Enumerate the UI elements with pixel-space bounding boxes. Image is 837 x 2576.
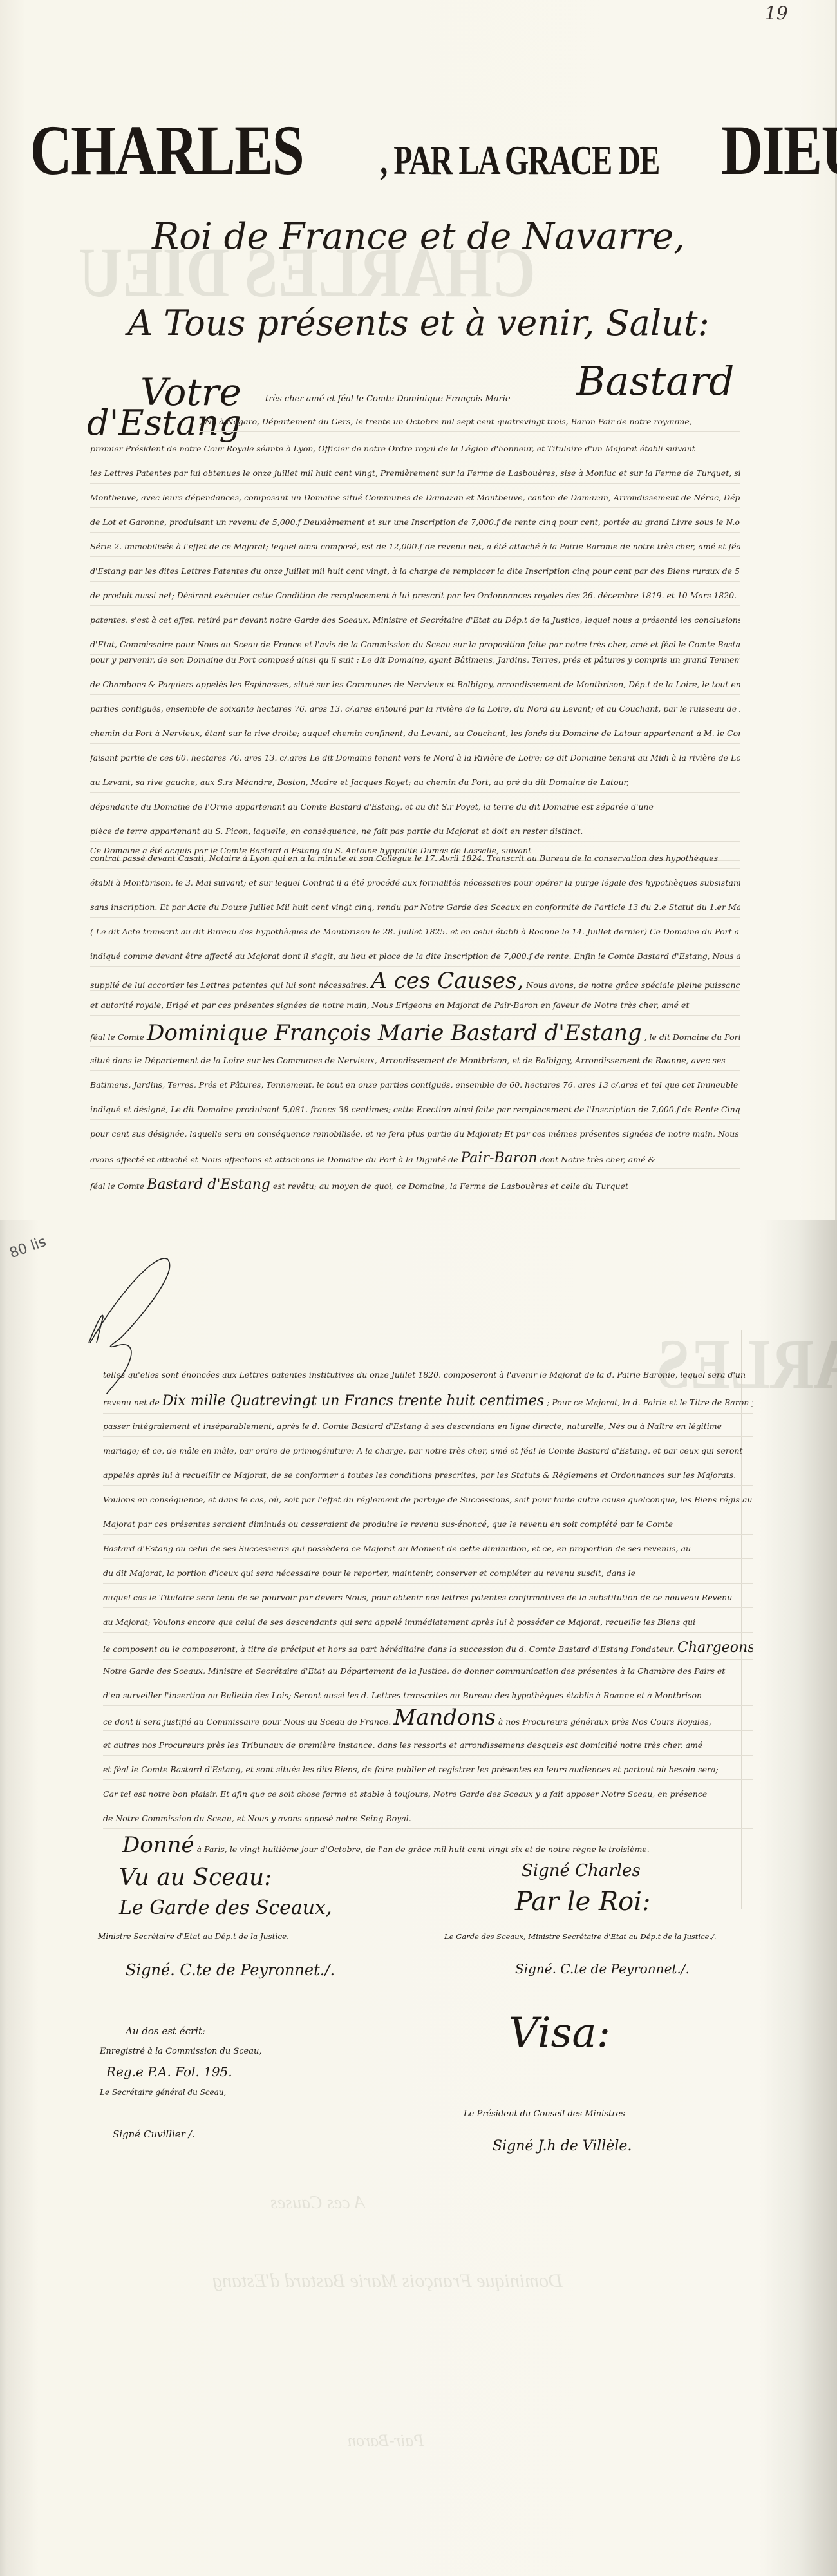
text-line: Voulons en conséquence, et dans le cas, … [103, 1490, 753, 1510]
text-line: sans inscription. Et par Acte du Douze J… [90, 898, 740, 918]
text-segment: le composent ou le composeront, à titre … [103, 1644, 675, 1654]
registre-folio: Reg.e P.A. Fol. 195. [106, 2064, 232, 2079]
pair-baron-heading: Pair-Baron [460, 1150, 537, 1166]
text-line-chargeons: le composent ou le composeront, à titre … [103, 1637, 753, 1660]
text-segment: à Paris, le vingt huitième jour d'Octobr… [197, 1844, 650, 1854]
text-line: Car tel est notre bon plaisir. Et afin q… [103, 1785, 753, 1804]
text-line: pour y parvenir, de son Domaine du Port … [90, 650, 740, 670]
text-line: Bastard d'Estang ou celui de ses Success… [103, 1539, 753, 1559]
text-line: situé dans le Département de la Loire su… [90, 1051, 740, 1071]
subtitle-salut: A Tous présents et à venir, Salut: [0, 303, 837, 343]
text-segment: avons affecté et attaché et Nous affecto… [90, 1155, 458, 1164]
text-line: indiqué comme devant être affecté au Maj… [90, 947, 740, 967]
text-segment: à nos Procureurs généraux près Nos Cours… [498, 1717, 711, 1727]
text-line: au Levant, sa rive gauche, aux S.rs Méan… [90, 773, 740, 793]
text-line: de Chambons & Paquiers appelés les Espin… [90, 675, 740, 695]
signature-cuvillier: Signé Cuvillier /. [113, 2128, 194, 2140]
title-dieu: DIEU [721, 109, 837, 191]
text-segment: supplié de lui accorder les Lettres pate… [90, 980, 368, 990]
text-line: Batimens, Jardins, Terres, Prés et Pâtur… [90, 1075, 740, 1095]
text-line: de Lot et Garonne, produisant un revenu … [90, 513, 740, 533]
title-charles: CHARLES [30, 109, 304, 191]
text-line: contrat passé devant Casati, Notaire à L… [90, 849, 740, 869]
text-segment: est revêtu; au moyen de quoi, ce Domaine… [273, 1181, 628, 1191]
signature-peyronnet-left: Signé. C.te de Peyronnet./. [126, 1961, 335, 1979]
text-line-donne: Donné à Paris, le vingt huitième jour d'… [122, 1832, 740, 1858]
text-line: de produit aussi net; Désirant exécuter … [90, 586, 740, 606]
bleed-through-text: Pair-Baron [348, 2431, 424, 2450]
secretaire-label: Le Secrétaire général du Sceau, [100, 2088, 226, 2097]
president-label: Le Président du Conseil des Ministres [464, 2109, 625, 2119]
visa-heading: Visa: [509, 2009, 610, 2057]
subtitle-roi-de-france: Roi de France et de Navarre, [0, 216, 837, 258]
text-line: et autres nos Procureurs près les Tribun… [103, 1736, 753, 1756]
text-line-a-ces-causes: supplié de lui accorder les Lettres pate… [90, 971, 740, 991]
margin-note: 80 lis [7, 1234, 48, 1262]
text-line: au Majorat; Voulons encore que celui de … [103, 1613, 753, 1633]
text-segment: ce dont il sera justifié au Commissaire … [103, 1717, 391, 1727]
signature-villele: Signé J.h de Villèle. [493, 2138, 632, 2154]
text-line: faisant partie de ces 60. hectares 76. a… [90, 748, 740, 768]
garde-ministre-label: Le Garde des Sceaux, Ministre Secrétaire… [444, 1932, 717, 1941]
surname-bastard: Bastard [576, 357, 735, 404]
text-line: et autorité royale, Erigé et par ces pré… [90, 996, 740, 1016]
text-line-bastard: féal le Comte Bastard d'Estang est revêt… [90, 1173, 740, 1197]
text-line: Série 2. immobilisée à l'effet de ce Maj… [90, 537, 740, 557]
enregistre-label: Enregistré à la Commission du Sceau, [100, 2047, 262, 2056]
text-segment: revenu net de [103, 1397, 160, 1407]
amount-heading: Dix mille Quatrevingt un Francs trente h… [162, 1393, 544, 1409]
text-line: pour cent sus désignée, laquelle sera en… [90, 1124, 740, 1144]
full-name-heading: Dominique François Marie Bastard d'Estan… [147, 1020, 641, 1046]
text-line: , Né à Nogaro, Département du Gers, le t… [200, 412, 740, 432]
signature-charles: Signé Charles [522, 1861, 641, 1880]
text-segment: Nous avons, de notre grâce spéciale plei… [526, 980, 740, 990]
text-line: mariage; et ce, de mâle en mâle, par ord… [103, 1441, 753, 1461]
text-line: patentes, s'est à cet effet, retiré par … [90, 611, 740, 630]
bleed-through-text: A ces Causes [270, 2193, 365, 2213]
text-segment: féal le Comte [90, 1181, 144, 1191]
text-line: appelés après lui à recueillir ce Majora… [103, 1466, 753, 1486]
document-page-2: 80 lis CHARLES telles qu'elles sont énon… [0, 1220, 837, 2576]
text-line: de Notre Commission du Sceau, et Nous y … [103, 1809, 753, 1829]
text-segment: , le dit Domaine du Port à lui appartena… [644, 1032, 740, 1042]
text-line: Montbeuve, avec leurs dépendances, compo… [90, 488, 740, 508]
folio-number: 19 [765, 3, 788, 24]
par-le-roi-heading: Par le Roi: [515, 1887, 650, 1917]
text-line: dépendante du Domaine de l'Orme apparten… [90, 797, 740, 817]
text-line-mandons: ce dont il sera justifié au Commissaire … [103, 1705, 753, 1731]
text-line: auquel cas le Titulaire sera tenu de se … [103, 1588, 753, 1608]
text-line-pair-baron: avons affecté et attaché et Nous affecto… [90, 1149, 740, 1169]
text-line: Notre Garde des Sceaux, Ministre et Secr… [103, 1662, 753, 1681]
chargeons-heading: Chargeons [677, 1640, 753, 1656]
text-segment: dont Notre très cher, amé & [540, 1155, 655, 1164]
signature-peyronnet-right: Signé. C.te de Peyronnet./. [515, 1961, 690, 1976]
title-connector: , PAR LA GRACE DE [380, 137, 659, 184]
text-line: pièce de terre appartenant au S. Picon, … [90, 822, 740, 842]
au-dos-label: Au dos est écrit: [126, 2025, 205, 2037]
text-line: Majorat par ces présentes seraient dimin… [103, 1515, 753, 1535]
text-line: les Lettres Patentes par lui obtenues le… [90, 464, 740, 484]
text-line: et féal le Comte Bastard d'Estang, et so… [103, 1760, 753, 1780]
text-line: premier Président de notre Cour Royale s… [90, 439, 740, 459]
heading-a-ces-causes: A ces Causes, [371, 971, 523, 991]
bastard-destang-heading: Bastard d'Estang [147, 1177, 270, 1193]
document-page-1: 19 CHARLES DIEU CHARLES, PAR LA GRACE DE… [0, 0, 835, 1220]
text-line: ( Le dit Acte transcrit au dit Bureau de… [90, 922, 740, 942]
text-line: d'en surveiller l'insertion au Bulletin … [103, 1686, 753, 1706]
royal-title-heading: CHARLES, PAR LA GRACE DE DIEU, [0, 109, 837, 191]
vu-au-sceau-heading: Vu au Sceau: [119, 1864, 272, 1891]
opening-intro: très cher amé et féal le Comte Dominique… [265, 394, 511, 404]
donne-heading: Donné [122, 1832, 194, 1858]
text-line: d'Estang par les dites Lettres Patentes … [90, 562, 740, 582]
text-line: indiqué et désigné, Le dit Domaine produ… [90, 1100, 740, 1120]
text-line: passer intégralement et inséparablement,… [103, 1417, 753, 1437]
text-line: établi à Montbrison, le 3. Mai suivant; … [90, 873, 740, 893]
bleed-through-text: Dominique François Marie Bastard d'Estan… [212, 2270, 563, 2292]
mandons-heading: Mandons [393, 1705, 496, 1730]
text-line: parties contiguës, ensemble de soixante … [90, 699, 740, 719]
garde-des-sceaux-label: Le Garde des Sceaux, [119, 1897, 332, 1919]
text-line-full-name: féal le Comte Dominique François Marie B… [90, 1020, 740, 1046]
text-segment: féal le Comte [90, 1032, 144, 1042]
text-line: chemin du Port à Nervieux, étant sur la … [90, 724, 740, 744]
ministre-label: Ministre Secrétaire d'Etat au Dép.t de l… [98, 1932, 289, 1941]
text-line-amount: revenu net de Dix mille Quatrevingt un F… [103, 1390, 753, 1414]
text-line: telles qu'elles sont énoncées aux Lettre… [103, 1365, 753, 1385]
text-line: du dit Majorat, la portion d'iceux qui s… [103, 1564, 753, 1584]
text-segment: ; Pour ce Majorat, la d. Pairie et le Ti… [547, 1397, 753, 1407]
